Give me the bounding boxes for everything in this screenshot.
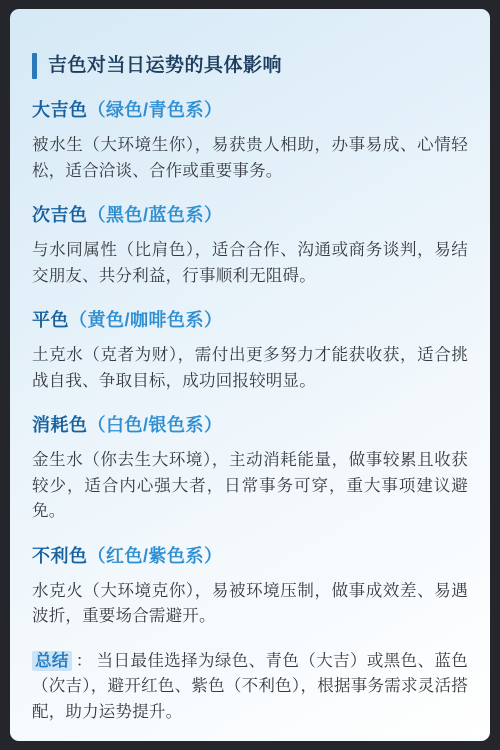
page-title: 吉色对当日运势的具体影响 (48, 53, 282, 79)
section-body: 金生水（你去生大环境），主动消耗能量，做事较累且收获较少，适合内心强大者，日常事… (32, 448, 468, 525)
color-section: 消耗色（白色/银色系） 金生水（你去生大环境），主动消耗能量，做事较累且收获较少… (32, 413, 468, 525)
section-body: 土克水（克者为财），需付出更多努力才能获收获，适合挑战自我、争取目标，成功回报较… (32, 343, 468, 394)
section-palette: （绿色/青色系） (88, 100, 223, 120)
color-section: 大吉色（绿色/青色系） 被水生（大环境生你），易获贵人相助，办事易成、心情轻松，… (32, 98, 468, 184)
title-accent-bar (32, 53, 37, 79)
color-section: 平色（黄色/咖啡色系） 土克水（克者为财），需付出更多努力才能获收获，适合挑战自… (32, 308, 468, 394)
summary-separator: ： (72, 652, 97, 670)
color-section: 次吉色（黑色/蓝色系） 与水同属性（比肩色），适合合作、沟通或商务谈判，易结交朋… (32, 203, 468, 289)
section-body: 水克火（大环境克你），易被环境压制，做事成效差、易遇波折，重要场合需避开。 (32, 579, 468, 630)
section-heading: 不利色（红色/紫色系） (32, 544, 468, 568)
section-heading: 大吉色（绿色/青色系） (32, 98, 468, 122)
section-heading: 次吉色（黑色/蓝色系） (32, 203, 468, 227)
section-heading: 消耗色（白色/银色系） (32, 413, 468, 437)
summary-label: 总结 (32, 651, 72, 671)
section-term: 不利色 (32, 546, 88, 566)
section-term: 平色 (32, 310, 69, 330)
section-term: 大吉色 (32, 100, 88, 120)
title-row: 吉色对当日运势的具体影响 (32, 53, 468, 79)
section-palette: （白色/银色系） (88, 415, 223, 435)
section-body: 与水同属性（比肩色），适合合作、沟通或商务谈判，易结交朋友、共分利益，行事顺利无… (32, 238, 468, 289)
section-palette: （黄色/咖啡色系） (69, 310, 223, 330)
section-heading: 平色（黄色/咖啡色系） (32, 308, 468, 332)
summary-paragraph: 总结：当日最佳选择为绿色、青色（大吉）或黑色、蓝色（次吉），避开红色、紫色（不利… (32, 649, 468, 726)
fortune-color-card: 吉色对当日运势的具体影响 大吉色（绿色/青色系） 被水生（大环境生你），易获贵人… (10, 9, 490, 741)
summary-text: 当日最佳选择为绿色、青色（大吉）或黑色、蓝色（次吉），避开红色、紫色（不利色），… (32, 652, 468, 721)
section-term: 次吉色 (32, 205, 88, 225)
section-palette: （红色/紫色系） (88, 546, 223, 566)
section-palette: （黑色/蓝色系） (88, 205, 223, 225)
section-term: 消耗色 (32, 415, 88, 435)
color-section: 不利色（红色/紫色系） 水克火（大环境克你），易被环境压制，做事成效差、易遇波折… (32, 544, 468, 630)
section-body: 被水生（大环境生你），易获贵人相助，办事易成、心情轻松，适合洽谈、合作或重要事务… (32, 133, 468, 184)
dark-frame: 吉色对当日运势的具体影响 大吉色（绿色/青色系） 被水生（大环境生你），易获贵人… (0, 0, 500, 750)
